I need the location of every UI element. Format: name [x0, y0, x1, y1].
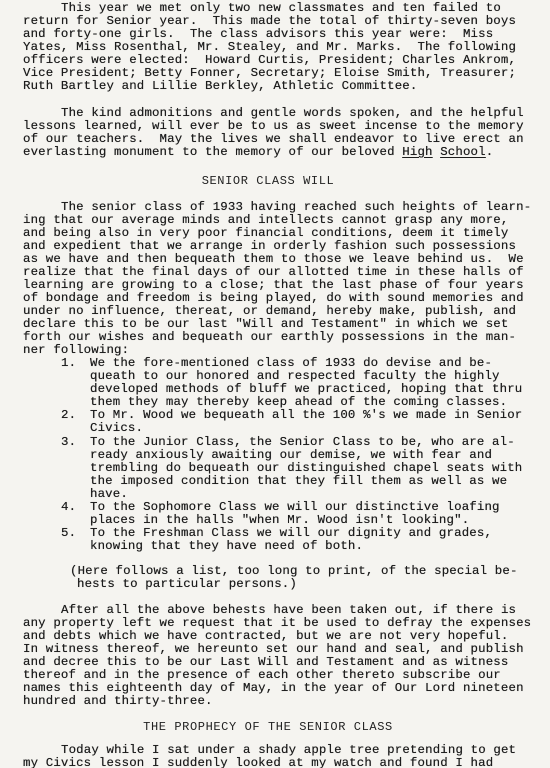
text-line: everlasting monument to the memory of ou…: [23, 146, 493, 159]
list-item-number: 3.: [61, 436, 76, 449]
list-item-number: 2.: [61, 409, 76, 422]
section-heading-senior-class-will: SENIOR CLASS WILL: [0, 175, 536, 188]
underlined-word-high: High: [402, 145, 432, 159]
text-fragment: everlasting monument to the memory of ou…: [23, 145, 402, 159]
text-line: the imposed condition that they fill the…: [90, 475, 507, 488]
text-line: hundred and thirty-three.: [23, 695, 213, 708]
text-line: my Civics lesson I suddenly looked at my…: [23, 757, 493, 768]
typewritten-page: This year we met only two new classmates…: [0, 0, 550, 768]
text-line: hests to particular persons.): [77, 578, 297, 591]
text-line: Civics.: [90, 422, 143, 435]
text-fragment: .: [486, 145, 494, 159]
text-line: knowing that they have need of both.: [90, 540, 363, 553]
section-heading-prophecy: THE PROPHECY OF THE SENIOR CLASS: [0, 721, 536, 734]
text-line: To Mr. Wood we bequeath all the 100 %'s …: [90, 409, 522, 422]
underlined-word-school: School: [440, 145, 486, 159]
list-item-number: 5.: [61, 527, 76, 540]
list-item-number: 4.: [61, 501, 76, 514]
list-item-number: 1.: [61, 357, 76, 370]
text-line: Ruth Bartley and Lillie Berkley, Athleti…: [23, 80, 417, 93]
